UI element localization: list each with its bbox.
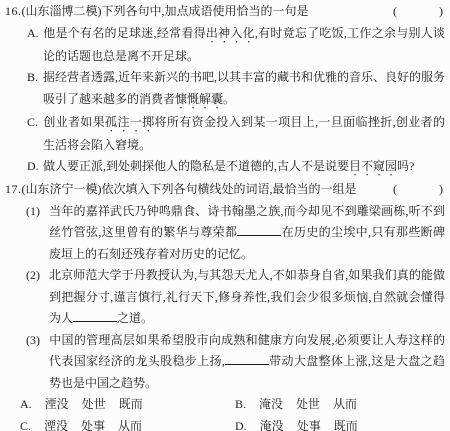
q16-option-c-label: C. — [27, 112, 43, 134]
q16-option-b: B.据经营者透露,近年来新兴的书吧,以其丰富的藏书和优雅的音乐、良好的服务吸引了… — [43, 67, 445, 112]
q17-item-3: (3)中国的管理高层如果希望股市向成熟和健康方向发展,必须要让人寿这样的代表国家… — [49, 330, 445, 395]
q17-item-1: (1)当年的嘉祥武氏乃钟鸣鼎食、诗书翰墨之族,而今却见不到雕梁画栋,听不到丝竹管… — [49, 201, 445, 266]
q17-choice-c-word-2: 处事 — [81, 419, 105, 431]
q16-option-b-text-2: 。 — [223, 92, 235, 106]
q16-option-c-text-0: 创业者如果 — [43, 115, 105, 129]
q17-item-2: (2)北京师范大学于丹教授认为,与其怨天尤人,不如恭身自省,如果我们真的能做到把… — [49, 265, 445, 330]
q17-item-1-blank-line — [237, 223, 281, 236]
question-17-stem-line: 17.(山东济宁一模)依次填入下列各句横线处的词语,最恰当的一组是 ( ) — [5, 179, 445, 201]
question-17-bracket-close: ) — [439, 179, 443, 201]
q17-choice-b-label: B. — [235, 397, 246, 411]
q17-item-3-blank-line — [225, 352, 269, 365]
q17-choice-d-label: D. — [235, 419, 247, 431]
q16-option-c: C.创业者如果孤注一掷将所有资金投入到某一项目上,一旦面临挫折,创业者的生活将会… — [43, 112, 445, 157]
q16-option-a-text-0: 他是个有名的足球迷,经常看得 — [43, 26, 206, 40]
q17-item-3-label: (3) — [26, 330, 49, 352]
exam-paper-page: 16.(山东淄博二模)下列各句中,加点成语使用恰当的一句是 ( ) A.他是个有… — [0, 0, 450, 431]
question-16-answer-bracket: ( ) — [393, 1, 443, 23]
question-16-bracket-open: ( — [393, 1, 397, 23]
question-16-options: A.他是个有名的足球迷,经常看得出神入化,有时竟忘了吃饭,工作之余与别人谈论的话… — [5, 23, 445, 180]
q16-option-c-dotted-idiom: 孤注一掷 — [105, 115, 154, 129]
q17-choice-c: C.湮没处事从而 — [20, 416, 235, 431]
q17-choice-a-word-2: 处世 — [82, 397, 106, 411]
question-17-choices: A.湮没处世既而B.淹没处世从而C.湮没处事从而D.淹没处事既而 — [20, 394, 445, 431]
q16-option-a-dotted-idiom: 出神入化 — [206, 26, 255, 40]
q16-option-d-label: D. — [27, 156, 43, 178]
q16-option-a: A.他是个有名的足球迷,经常看得出神入化,有时竟忘了吃饭,工作之余与别人谈论的话… — [43, 23, 445, 68]
q16-option-b-dotted-idiom: 慷慨解囊 — [175, 92, 223, 106]
q17-item-2-label: (2) — [26, 265, 49, 287]
q16-option-b-label: B. — [27, 67, 43, 89]
q16-option-d-dotted-idiom: 目不窥园 — [349, 159, 397, 173]
q17-choice-c-word-3: 从而 — [118, 419, 142, 431]
question-16-stem-line: 16.(山东淄博二模)下列各句中,加点成语使用恰当的一句是 ( ) — [5, 1, 445, 23]
q17-choice-d-word-2: 处事 — [297, 419, 321, 431]
q17-choice-d: D.淹没处事既而 — [235, 416, 445, 431]
q17-choice-b: B.淹没处世从而 — [235, 394, 445, 416]
question-17-answer-bracket: ( ) — [393, 179, 443, 201]
q16-option-a-label: A. — [27, 23, 43, 45]
question-17-number: 17. — [5, 182, 22, 196]
q17-item-2-blank-line — [73, 309, 117, 322]
q16-option-d: D.做人要正派,到处刺探他人的隐私是不道德的,古人不是说要目不窥园吗? — [43, 156, 445, 179]
q17-choice-b-word-3: 从而 — [333, 397, 357, 411]
q16-option-d-text-2: 吗? — [397, 159, 414, 173]
q17-choice-a-label: A. — [20, 397, 32, 411]
q17-choice-c-label: C. — [20, 419, 31, 431]
question-17-source: (山东济宁一模) — [22, 182, 102, 196]
q17-choice-d-word-1: 淹没 — [260, 419, 284, 431]
question-17-stem-text: 依次填入下列各句横线处的词语,最恰当的一组是 — [102, 182, 357, 196]
q17-choice-a: A.湮没处世既而 — [20, 394, 235, 416]
q17-choice-d-word-3: 既而 — [334, 419, 358, 431]
question-17-bracket-open: ( — [393, 179, 397, 201]
q17-item-1-label: (1) — [26, 201, 49, 223]
question-17-sub-items: (1)当年的嘉祥武氏乃钟鸣鼎食、诗书翰墨之族,而今却见不到雕梁画栋,听不到丝竹管… — [5, 201, 445, 395]
question-16-stem-text: 下列各句中,加点成语使用恰当的一句是 — [102, 4, 309, 18]
question-16-number: 16. — [5, 4, 22, 18]
q17-choice-b-word-2: 处世 — [296, 397, 320, 411]
q17-choice-a-word-1: 湮没 — [45, 397, 69, 411]
q16-option-d-text-0: 做人要正派,到处刺探他人的隐私是不道德的,古人不是说要 — [43, 159, 349, 173]
question-16-bracket-close: ) — [439, 1, 443, 23]
q17-choice-a-word-3: 既而 — [119, 397, 143, 411]
q16-option-b-text-0: 据经营者透露,近年来新兴的书吧,以其丰富的藏书和优雅的音乐、良好的服务吸引了越来… — [43, 70, 445, 106]
q17-item-2-text-2: 之道。 — [117, 311, 153, 325]
q17-choice-c-word-1: 湮没 — [44, 419, 68, 431]
q17-choice-b-word-1: 淹没 — [259, 397, 283, 411]
question-16-source: (山东淄博二模) — [22, 4, 102, 18]
